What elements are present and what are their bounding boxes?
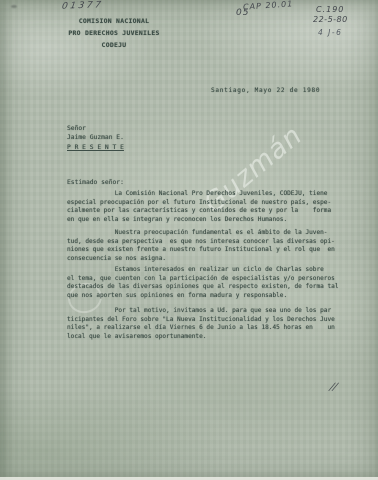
scan-smudge [11, 5, 17, 8]
paragraph-2: Nuestra preocupación fundamental es el á… [67, 229, 335, 264]
paragraph-line: local que le avisaremos oportunamente. [67, 333, 335, 342]
paragraph-line: Estamos interesados en realizar un ciclo… [67, 266, 339, 275]
handwritten-ref-line2: 22-5-80 [313, 15, 348, 24]
handwritten-end-mark: // [328, 382, 338, 393]
recipient-name: Jaime Guzman E. [67, 133, 124, 142]
handwritten-ref-line1: C.190 [316, 5, 344, 14]
handwritten-ref-line3: 4 J-6 [318, 28, 342, 37]
paragraph-1: La Comisión Nacional Pro Derechos Juveni… [67, 190, 331, 225]
scanned-letter-page: Guzmán 01377 CAP 20.01 05 C.190 22-5-80 … [0, 0, 378, 480]
paragraph-3: Estamos interesados en realizar un ciclo… [67, 266, 339, 301]
handwritten-folio-number: 01377 [61, 0, 104, 11]
paragraph-4: Por tal motivo, invitamos a Ud. para que… [67, 307, 335, 342]
handwritten-cap-sub: 05 [236, 8, 249, 18]
paragraph-line: Por tal motivo, invitamos a Ud. para que… [67, 307, 335, 316]
recipient-title: Señor [67, 124, 124, 133]
dateline: Santiago, Mayo 22 de 1980 [211, 87, 320, 94]
paragraph-line: Nuestra preocupación fundamental es el á… [67, 229, 335, 238]
handwritten-cap-code: CAP 20.01 [243, 0, 294, 12]
recipient-presente: P R E S E N T E [67, 143, 124, 152]
letterhead-line3: CODEJU [52, 39, 176, 51]
paragraph-line: destacados de las diversas opiniones que… [67, 283, 339, 292]
paragraph-line: niles", a realizarse el día Viernes 6 de… [67, 324, 335, 333]
paragraph-line: consecuencia se nos asigna. [67, 255, 335, 264]
letterhead: COMISION NACIONAL PRO DERECHOS JUVENILES… [52, 15, 176, 51]
paragraph-line: en que en ella se integran y reconocen l… [67, 216, 331, 225]
letterhead-line2: PRO DERECHOS JUVENILES [52, 27, 176, 39]
letterhead-line1: COMISION NACIONAL [52, 15, 176, 27]
paragraph-line: La Comisión Nacional Pro Derechos Juveni… [67, 190, 331, 199]
paragraph-line: niones que existen frente a nuestro futu… [67, 246, 335, 255]
salutation: Estimado señor: [67, 179, 124, 186]
recipient-block: Señor Jaime Guzman E. P R E S E N T E [67, 124, 124, 152]
paragraph-line: que nos aporten sus opiniones en forma m… [67, 292, 339, 301]
paragraph-line: cialmente por las características y cont… [67, 207, 331, 216]
